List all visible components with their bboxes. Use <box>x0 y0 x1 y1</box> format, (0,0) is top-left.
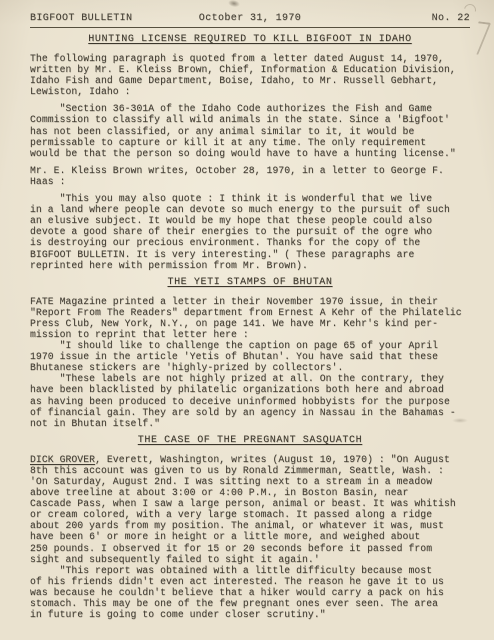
section-hunting-license: HUNTING LICENSE REQUIRED TO KILL BIGFOOT… <box>30 34 470 271</box>
scan-smudge-right <box>452 418 468 423</box>
paragraph-second-letter-intro: Mr. E. Kleiss Brown writes, October 28, … <box>30 165 470 187</box>
masthead-issue-number: No. 22 <box>301 13 470 25</box>
paragraph-grover-report-text: , Everett, Washington, writes (August 10… <box>30 454 456 620</box>
paragraph-fate-magazine-letter: FATE Magazine printed a letter in their … <box>30 296 470 429</box>
section-yeti-stamps: THE YETI STAMPS OF BHUTAN FATE Magazine … <box>30 277 470 429</box>
section-heading-yeti-stamps: THE YETI STAMPS OF BHUTAN <box>30 277 470 289</box>
section-heading-hunting-license: HUNTING LICENSE REQUIRED TO KILL BIGFOOT… <box>30 34 470 46</box>
bulletin-page: BIGFOOT BULLETIN October 31, 1970 No. 22… <box>0 0 494 640</box>
masthead: BIGFOOT BULLETIN October 31, 1970 No. 22 <box>30 13 470 28</box>
masthead-date: October 31, 1970 <box>199 13 301 25</box>
scan-smudge-top <box>227 0 240 8</box>
paragraph-brown-quote: "This you may also quote : I think it is… <box>30 193 470 271</box>
correspondent-name: DICK GROVER <box>30 454 95 465</box>
paragraph-grover-report: DICK GROVER, Everett, Washington, writes… <box>30 454 470 620</box>
masthead-title: BIGFOOT BULLETIN <box>30 13 199 25</box>
section-heading-pregnant-sasquatch: THE CASE OF THE PREGNANT SASQUATCH <box>30 435 470 447</box>
paragraph-letter-intro: The following paragraph is quoted from a… <box>30 53 470 97</box>
paragraph-idaho-code-quote: "Section 36-301A of the Idaho Code autho… <box>30 103 470 158</box>
section-pregnant-sasquatch: THE CASE OF THE PREGNANT SASQUATCH DICK … <box>30 435 470 620</box>
